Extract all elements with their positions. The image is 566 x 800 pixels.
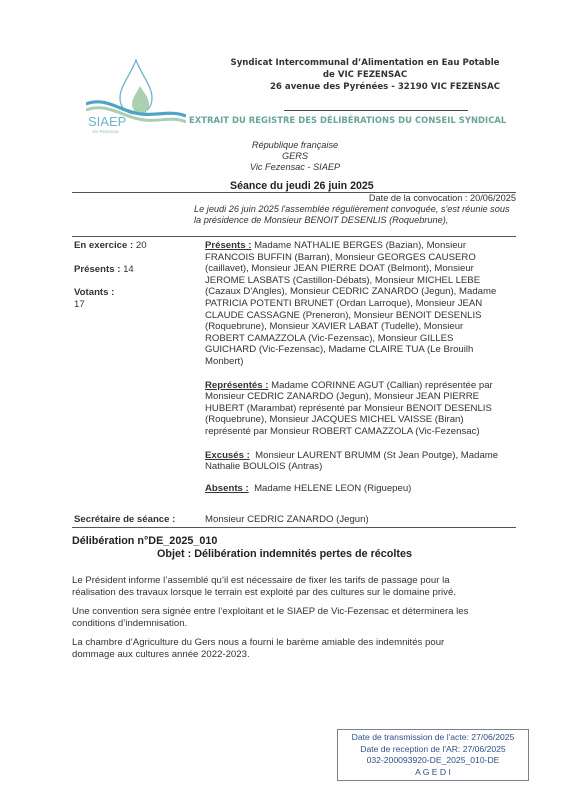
- absents-list: Absents : Madame HELENE LEON (Riguepeu): [205, 483, 525, 495]
- seance-title: Séance du jeudi 26 juin 2025: [230, 180, 374, 192]
- header-divider: [284, 110, 468, 111]
- counts-column: En exercice : 20 Présents : 14 Votants :…: [74, 240, 194, 310]
- en-exercice: En exercice : 20: [74, 240, 194, 252]
- extrait-title: EXTRAIT DU REGISTRE DES DÉLIBÉRATIONS DU…: [189, 115, 506, 125]
- paragraph: La chambre d’Agriculture du Gers nous a …: [72, 637, 522, 660]
- paragraph: Une convention sera signée entre l’explo…: [72, 606, 522, 629]
- presents-list: Présents : Madame NATHALIE BERGES (Bazia…: [205, 240, 525, 368]
- representes-label: Représentés :: [205, 380, 268, 391]
- seance-intro-line2: la présidence de Monsieur BENOIT DESENLI…: [194, 215, 510, 226]
- attendance-column: Présents : Madame NATHALIE BERGES (Bazia…: [205, 240, 525, 494]
- seance-intro-line1: Le jeudi 26 juin 2025 l'assemblée réguli…: [194, 204, 510, 215]
- seance-intro: Le jeudi 26 juin 2025 l'assemblée réguli…: [194, 204, 510, 226]
- act-identifier: 032-200093920-DE_2025_010-DE: [338, 755, 528, 767]
- presents-label: Présents :: [205, 240, 251, 251]
- representes-list: Représentés : Madame CORINNE AGUT (Calli…: [205, 380, 525, 438]
- excuses-list: Excusés : Monsieur LAURENT BRUMM (St Jea…: [205, 450, 525, 473]
- water-drop-logo-icon: SIAEP Vic-Fezensac: [86, 56, 186, 134]
- origin-line3: Vic Fezensac - SIAEP: [240, 162, 350, 173]
- svg-text:SIAEP: SIAEP: [88, 114, 126, 129]
- agedi-label: A G E D I: [338, 767, 528, 779]
- org-name-line1: Syndicat Intercommunal d’Alimentation en…: [200, 58, 530, 68]
- votants-value: 17: [74, 299, 194, 311]
- secretaire-value: Monsieur CEDRIC ZANARDO (Jegun): [205, 514, 369, 525]
- org-name-line2: de VIC FEZENSAC: [200, 70, 530, 80]
- origin-line1: République française: [240, 140, 350, 151]
- attendance-top-divider: [72, 236, 516, 237]
- excuses-label: Excusés :: [205, 450, 250, 461]
- deliberation-objet: Objet : Délibération indemnités pertes d…: [157, 548, 412, 560]
- org-address: 26 avenue des Pyrénées - 32190 VIC FEZEN…: [200, 82, 530, 92]
- reception-date: Date de reception de l'AR: 27/06/2025: [338, 744, 528, 756]
- svg-text:Vic-Fezensac: Vic-Fezensac: [92, 129, 120, 134]
- transmission-stamp: Date de transmission de l'acte: 27/06/20…: [337, 729, 529, 781]
- votants-label: Votants :: [74, 287, 194, 299]
- transmission-date: Date de transmission de l'acte: 27/06/20…: [338, 732, 528, 744]
- siaep-logo: SIAEP Vic-Fezensac: [86, 56, 186, 134]
- presents-count: Présents : 14: [74, 264, 194, 276]
- secretaire-row: Secrétaire de séance :Monsieur CEDRIC ZA…: [74, 514, 514, 526]
- secretaire-label: Secrétaire de séance :: [74, 514, 205, 526]
- origin-block: République française GERS Vic Fezensac -…: [240, 140, 350, 173]
- secretaire-divider: [72, 527, 516, 528]
- convocation-date: Date de la convocation : 20/06/2025: [369, 193, 516, 204]
- en-exercice-value: 20: [136, 240, 147, 251]
- origin-line2: GERS: [240, 151, 350, 162]
- deliberation-body: Le Président informe l’assemblé qu’il es…: [72, 575, 522, 661]
- presents-value: 14: [123, 264, 134, 275]
- org-name: Syndicat Intercommunal d’Alimentation en…: [200, 58, 530, 92]
- deliberation-number: Délibération n°DE_2025_010: [72, 535, 217, 547]
- paragraph: Le Président informe l’assemblé qu’il es…: [72, 575, 522, 598]
- absents-label: Absents :: [205, 483, 249, 494]
